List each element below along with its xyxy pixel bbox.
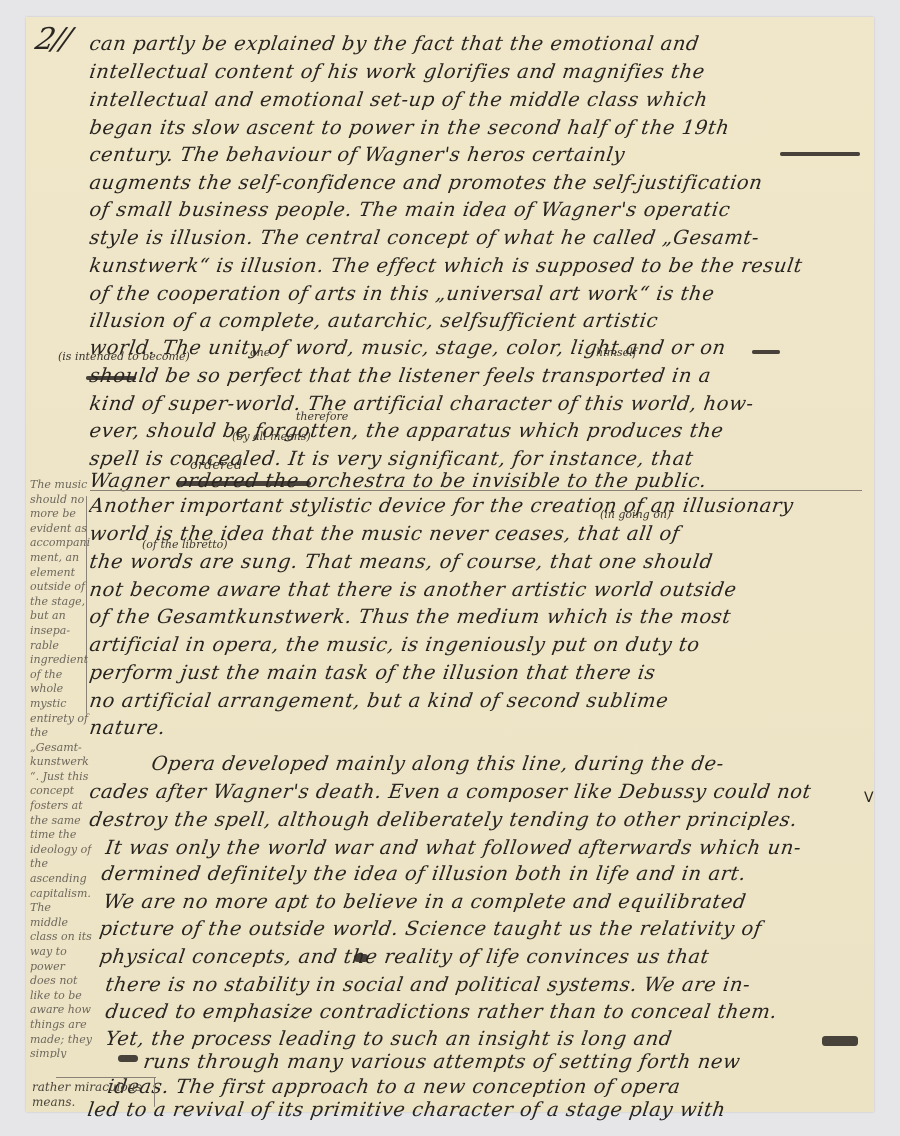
text-line: of small business people. The main idea … xyxy=(88,198,861,221)
text-line: century. The behaviour of Wagner's heros… xyxy=(88,143,861,166)
margin-note-left: The music should no more be evident as a… xyxy=(30,478,92,1058)
text-line: led to a revival of its primitive charac… xyxy=(86,1098,869,1121)
text-line: ever, should be forgotten, the apparatus… xyxy=(88,419,861,442)
interlinear-insertion: (in going on) xyxy=(600,508,671,521)
bracket-line xyxy=(56,1077,156,1078)
interlinear-insertion: (is intended to become) xyxy=(58,350,190,363)
text-line: kunstwerk“ is illusion. The effect which… xyxy=(88,254,861,277)
text-line: of the Gesamtkunstwerk. Thus the medium … xyxy=(88,605,861,628)
text-line: no artificial arrangement, but a kind of… xyxy=(88,689,861,712)
text-line: intellectual and emotional set-up of the… xyxy=(88,88,861,111)
text-line: not become aware that there is another a… xyxy=(88,578,861,601)
strikethrough-mark xyxy=(86,376,136,380)
text-line: Another important stylistic device for t… xyxy=(88,494,861,517)
text-line: nature. xyxy=(88,716,861,739)
strikethrough-mark xyxy=(822,1036,858,1046)
text-line: the words are sung. That means, of cours… xyxy=(88,550,861,573)
strikethrough-mark xyxy=(118,1055,138,1062)
text-line: physical concepts, and the reality of li… xyxy=(98,945,863,968)
strikethrough-mark xyxy=(176,481,311,486)
text-line: intellectual content of his work glorifi… xyxy=(88,60,861,83)
bracket-line xyxy=(154,1077,155,1107)
text-line: illusion of a complete, autarchic, selfs… xyxy=(88,309,861,332)
strikethrough-mark xyxy=(780,152,860,156)
text-line: perform just the main task of the illusi… xyxy=(88,661,861,684)
text-line: can partly be explained by the fact that… xyxy=(88,32,861,55)
text-line: cades after Wagner's death. Even a compo… xyxy=(88,780,861,803)
text-line: augments the self-confidence and promote… xyxy=(88,171,861,194)
text-line: world. The unity of word, music, stage, … xyxy=(88,336,861,359)
strikethrough-mark xyxy=(752,350,780,354)
interlinear-insertion: one xyxy=(250,346,270,359)
text-line: there is no stability in social and poli… xyxy=(104,973,867,996)
strikethrough-mark xyxy=(354,954,368,962)
text-line: picture of the outside world. Science ta… xyxy=(98,917,863,940)
text-line: began its slow ascent to power in the se… xyxy=(88,116,861,139)
text-line: destroy the spell, although deliberately… xyxy=(88,808,861,831)
text-line: kind of super-world. The artificial char… xyxy=(88,392,861,415)
text-line: artificial in opera, the music, is ingen… xyxy=(88,633,861,656)
text-line: duced to emphasize contradictions rather… xyxy=(104,1000,867,1023)
text-line: of the cooperation of arts in this „univ… xyxy=(88,282,861,305)
interlinear-insertion: himself xyxy=(596,346,637,359)
text-line: ideas. The first approach to a new conce… xyxy=(106,1075,849,1098)
text-line: runs through many various attempts of se… xyxy=(142,1050,865,1073)
text-line: We are no more apt to believe in a compl… xyxy=(102,890,865,913)
text-line: Opera developed mainly along this line, … xyxy=(150,752,863,775)
interlinear-insertion: (by all means) xyxy=(232,430,311,443)
text-line: It was only the world war and what follo… xyxy=(104,836,867,859)
insertion-mark: V xyxy=(864,790,874,806)
bracket-line xyxy=(90,490,862,491)
text-line: style is illusion. The central concept o… xyxy=(88,226,861,249)
margin-note-bottom: rather miraculous means. xyxy=(32,1080,152,1110)
text-line: dermined definitely the idea of illusion… xyxy=(100,862,863,885)
text-line: Yet, the process leading to such an insi… xyxy=(104,1027,867,1050)
text-line: should be so perfect that the listener f… xyxy=(88,364,861,387)
